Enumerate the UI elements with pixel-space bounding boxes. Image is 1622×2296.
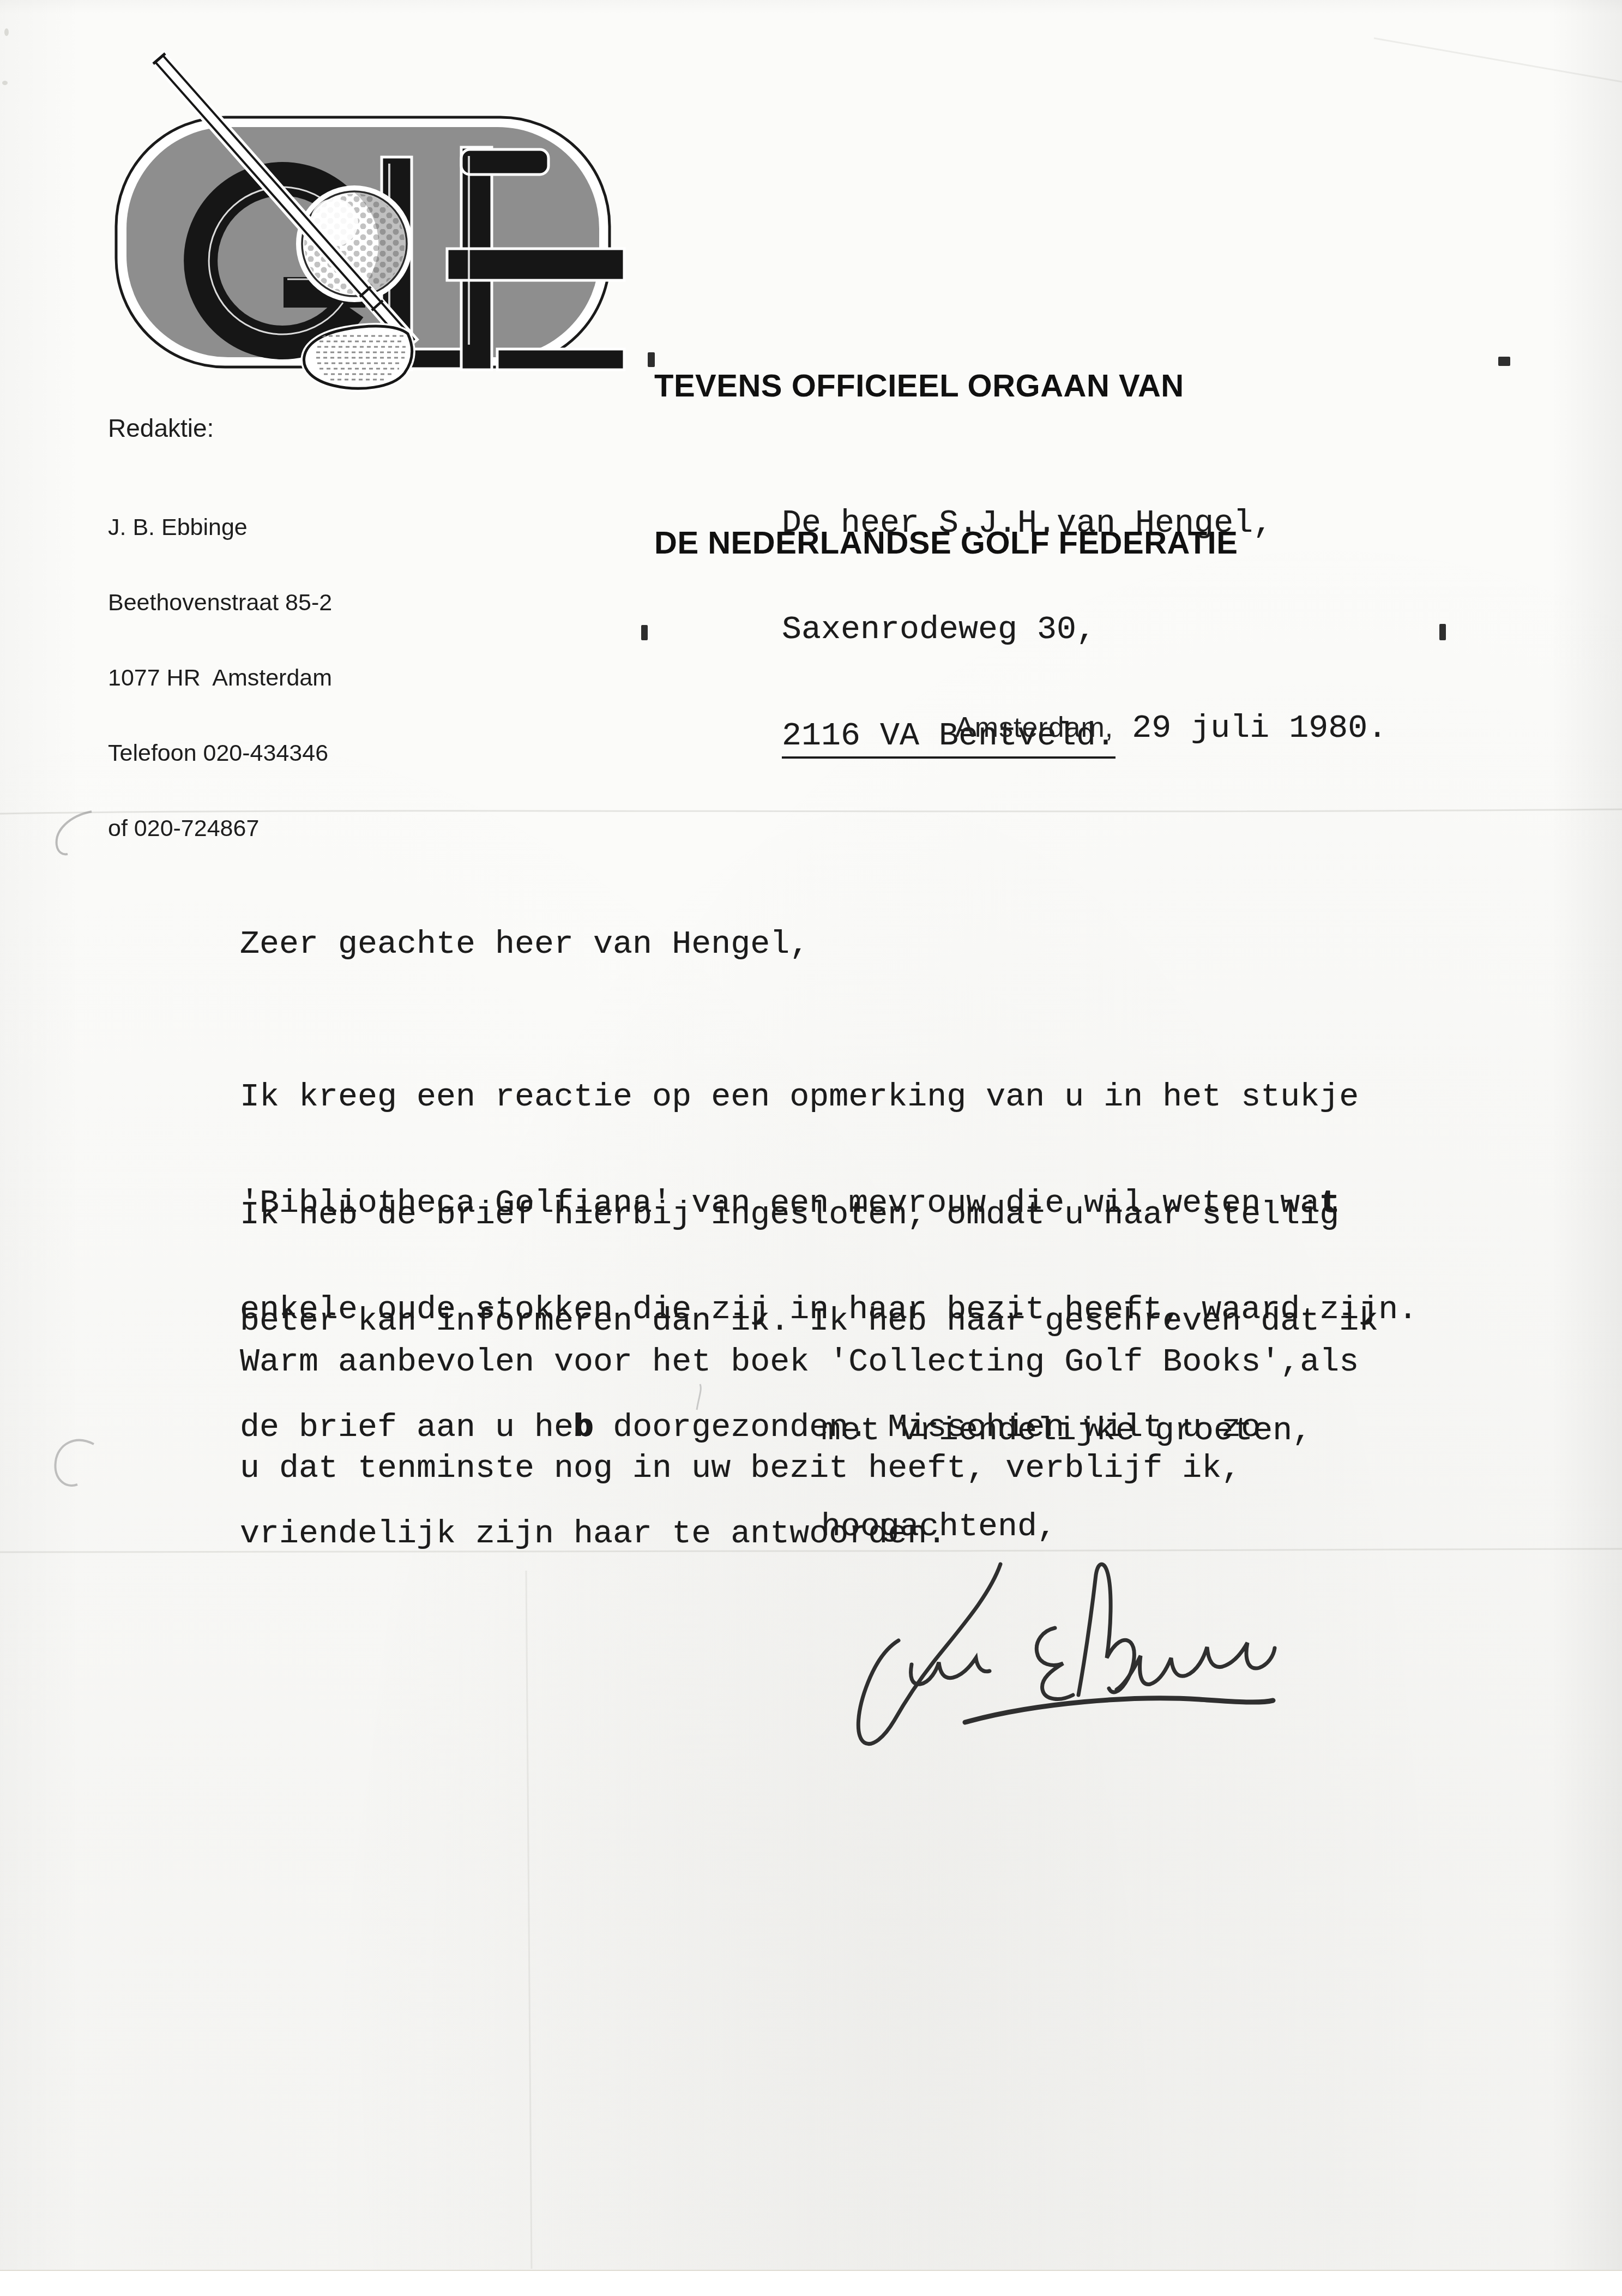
dateline-date: 29 juli 1980.	[1132, 710, 1387, 747]
salutation: Zeer geachte heer van Hengel,	[240, 927, 809, 963]
editor-lines: J. B. Ebbinge Beethovenstraat 85-2 1077 …	[108, 465, 332, 891]
editor-label: Redaktie:	[108, 414, 332, 442]
fold-mark	[1439, 624, 1446, 640]
scanned-letter-page: TEVENS OFFICIEEL ORGAAN VAN DE NEDERLAND…	[0, 0, 1622, 2296]
closing-regards: met vriendelijke groeten,	[821, 1413, 1312, 1450]
golf-magazine-logo-icon	[76, 16, 649, 393]
fold-mark	[641, 625, 648, 640]
dateline: Amsterdam, 29 juli 1980.	[955, 710, 1387, 747]
golf-club-head-icon	[304, 326, 412, 388]
edge-speck	[4, 28, 9, 36]
recipient-name: De heer S.J.H.van Hengel,	[782, 506, 1273, 542]
scanner-background	[0, 2271, 1622, 2296]
body-line: Warm aanbevolen voor het boek 'Collectin…	[240, 1345, 1359, 1380]
body-line: Ik heb de brief hierbij ingesloten, omda…	[240, 1198, 1378, 1233]
editor-city: 1077 HR Amsterdam	[108, 665, 332, 690]
recipient-street: Saxenrodeweg 30,	[782, 612, 1273, 648]
editor-phone-1: Telefoon 020-434346	[108, 741, 332, 766]
editor-address-block: Redaktie: J. B. Ebbinge Beethovenstraat …	[108, 414, 332, 891]
fold-mark	[1498, 357, 1510, 366]
editor-name: J. B. Ebbinge	[108, 515, 332, 540]
fold-mark	[648, 352, 655, 367]
dateline-city: Amsterdam,	[955, 711, 1113, 744]
tagline-line-1: TEVENS OFFICIEEL ORGAAN VAN	[654, 360, 1238, 412]
body-line: u dat tenminste nog in uw bezit heeft, v…	[240, 1451, 1359, 1487]
recipient-address-block: De heer S.J.H.van Hengel, Saxenrodeweg 3…	[782, 435, 1273, 830]
editor-phone-2: of 020-724867	[108, 816, 332, 841]
editor-street: Beethovenstraat 85-2	[108, 590, 332, 615]
body-line: Ik kreeg een reactie op een opmerking va…	[240, 1080, 1418, 1115]
edge-speck	[2, 81, 8, 85]
handwritten-signature	[791, 1516, 1336, 1800]
